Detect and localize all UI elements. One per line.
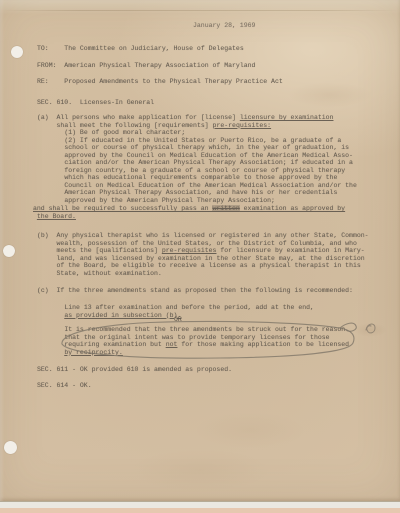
scanner-bed-strip xyxy=(0,501,400,508)
underlined-segment: the Board. xyxy=(37,213,76,220)
sec-610-heading: SEC. 610. Licenses-In General xyxy=(37,99,154,107)
text-segment: (1) Be of good moral character; (2) If e… xyxy=(37,129,357,204)
text-segment: shall meet the following [requirements] xyxy=(37,122,213,129)
struck-out-word: written xyxy=(212,205,239,212)
hole-punch xyxy=(11,46,23,58)
hole-punch xyxy=(4,441,17,454)
memo-from-line: FROM: American Physical Therapy Associat… xyxy=(37,62,255,70)
underlined-segment: licensure by examination xyxy=(240,114,334,121)
underlined-segment: pre-requisites xyxy=(162,247,217,254)
paragraph-c: (c) If the three amendments stand as pro… xyxy=(37,287,387,295)
underlying-page-edge xyxy=(0,508,400,513)
recommendation-line-13: Line 13 after examination and before the… xyxy=(37,304,377,319)
underlined-segment: as provided in subsection (b). xyxy=(64,312,181,319)
underlined-segment: and shall be required to successfully pa… xyxy=(33,205,212,212)
underlined-segment: examination as approved by xyxy=(240,205,345,212)
amendment-insert-a: and shall be required to successfully pa… xyxy=(33,205,383,220)
underlined-segment: by reciprocity. xyxy=(64,349,123,356)
paragraph-b: (b) Any physical therapist who is licens… xyxy=(37,232,387,277)
text-segment: (a) All persons who make application for… xyxy=(37,114,240,121)
hole-punch xyxy=(3,245,15,257)
memo-re-line: RE: Proposed Amendments to the Physical … xyxy=(37,78,283,86)
paragraph-a: (a) All persons who make application for… xyxy=(37,114,377,205)
aged-paper: January 28, 1969 TO: The Committee on Ju… xyxy=(0,0,400,501)
underlined-segment: pre-requisites: xyxy=(213,122,272,129)
circled-recommendation: It is recommended that the three amendme… xyxy=(37,326,377,356)
date-line: January 28, 1969 xyxy=(193,22,255,30)
or-separator: OR xyxy=(174,316,182,324)
scanned-memo-page: January 28, 1969 TO: The Committee on Ju… xyxy=(0,0,400,513)
memo-to-line: TO: The Committee on Judiciary, House of… xyxy=(37,45,244,53)
underlined-segment: not xyxy=(166,341,178,348)
paper-crease xyxy=(0,10,400,11)
sec-614-line: SEC. 614 - OK. xyxy=(37,382,92,390)
sec-611-line: SEC. 611 - OK provided 610 is amended as… xyxy=(37,366,232,374)
